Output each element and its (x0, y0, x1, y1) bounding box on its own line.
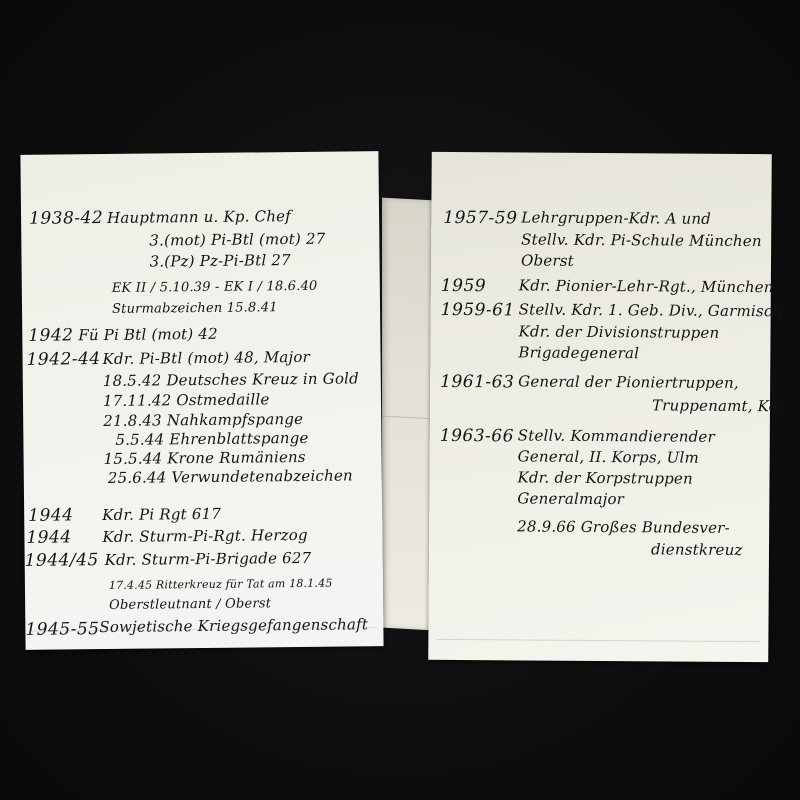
entry-year: 1944/45 (25, 552, 99, 570)
entry-text: 15.5.44 Krone Rumäniens (104, 450, 306, 467)
left-biography-card: 1938-42 Hauptmann u. Kp. Chef 3.(mot) Pi… (20, 151, 383, 650)
entry-text: 17.4.45 Ritterkreuz für Tat am 18.1.45 (109, 578, 333, 591)
entry-text: Kdr. der Divisionstruppen (518, 324, 719, 340)
background-card (382, 198, 434, 631)
entry-text: General, II. Korps, Ulm (518, 449, 699, 465)
entry-text: Sturmabzeichen 15.8.41 (112, 301, 278, 316)
entry-year: 1959 (441, 278, 486, 295)
entry-text: Oberst (521, 253, 574, 268)
entry-text: Stellv. Kommandierender (518, 428, 715, 444)
entry-text: Kdr. Pionier-Lehr-Rgt., München (519, 278, 774, 295)
entry-text: Truppenamt, Kö. (652, 398, 783, 414)
entry-text: Kdr. Pi-Btl (mot) 48, Major (102, 350, 310, 367)
entry-text: dienstkreuz (651, 542, 743, 558)
entry-text: 3.(Pz) Pz-Pi-Btl 27 (149, 253, 290, 269)
photo-scene: 1938-42 Hauptmann u. Kp. Chef 3.(mot) Pi… (0, 0, 800, 800)
entry-text: 25.6.44 Verwundetenabzeichen (108, 468, 353, 486)
entry-text: Hauptmann u. Kp. Chef (107, 209, 291, 226)
entry-year: 1957-59 (443, 210, 517, 228)
entry-year: 1959-61 (441, 302, 515, 320)
entry-text: 28.9.66 Großes Bundesver- (517, 519, 730, 535)
entry-year: 1944 (26, 529, 71, 546)
entry-text: 21.8.43 Nahkampfspange (103, 412, 303, 429)
entry-text: Oberstleutnant / Oberst (109, 597, 271, 612)
entry-text: 3.(mot) Pi-Btl (mot) 27 (149, 232, 325, 249)
entry-text: Brigadegeneral (518, 345, 639, 361)
entry-year: 1942-44 (26, 351, 100, 369)
entry-text: Stellv. Kdr. Pi-Schule München (521, 232, 762, 249)
entry-text: Kdr. Sturm-Pi-Brigade 627 (105, 551, 312, 568)
entry-year: 1938-42 (29, 210, 103, 228)
entry-text: Kdr. der Korpstruppen (517, 470, 692, 486)
entry-year: 1944 (28, 507, 73, 524)
entry-text: 18.5.42 Deutsches Kreuz in Gold (103, 371, 359, 389)
entry-text: Lehrgruppen-Kdr. A und (521, 210, 711, 226)
right-biography-card: 1957-59 Lehrgruppen-Kdr. A und Stellv. K… (428, 152, 772, 662)
entry-text: Kdr. Sturm-Pi-Rgt. Herzog (102, 528, 308, 545)
entry-text: 17.11.42 Ostmedaille (103, 392, 270, 409)
entry-text: 5.5.44 Ehrenblattspange (115, 431, 308, 448)
entry-text: Stellv. Kdr. 1. Geb. Div., Garmisch (519, 302, 783, 319)
card-fold-line (382, 416, 434, 420)
entry-year: 1963-66 (440, 428, 514, 446)
entry-year: 1942 (28, 327, 73, 344)
entry-text: EK II / 5.10.39 - EK I / 18.6.40 (112, 280, 318, 295)
entry-year: 1961-63 (440, 374, 514, 392)
entry-text: Sowjetische Kriegsgefangenschaft (99, 617, 368, 635)
card-edge-line (436, 639, 760, 642)
entry-text: Generalmajor (517, 491, 624, 507)
entry-text: General der Pioniertruppen, (518, 374, 739, 391)
entry-text: Kdr. Pi Rgt 617 (102, 507, 221, 523)
entry-text: Fü Pi Btl (mot) 42 (78, 327, 218, 343)
